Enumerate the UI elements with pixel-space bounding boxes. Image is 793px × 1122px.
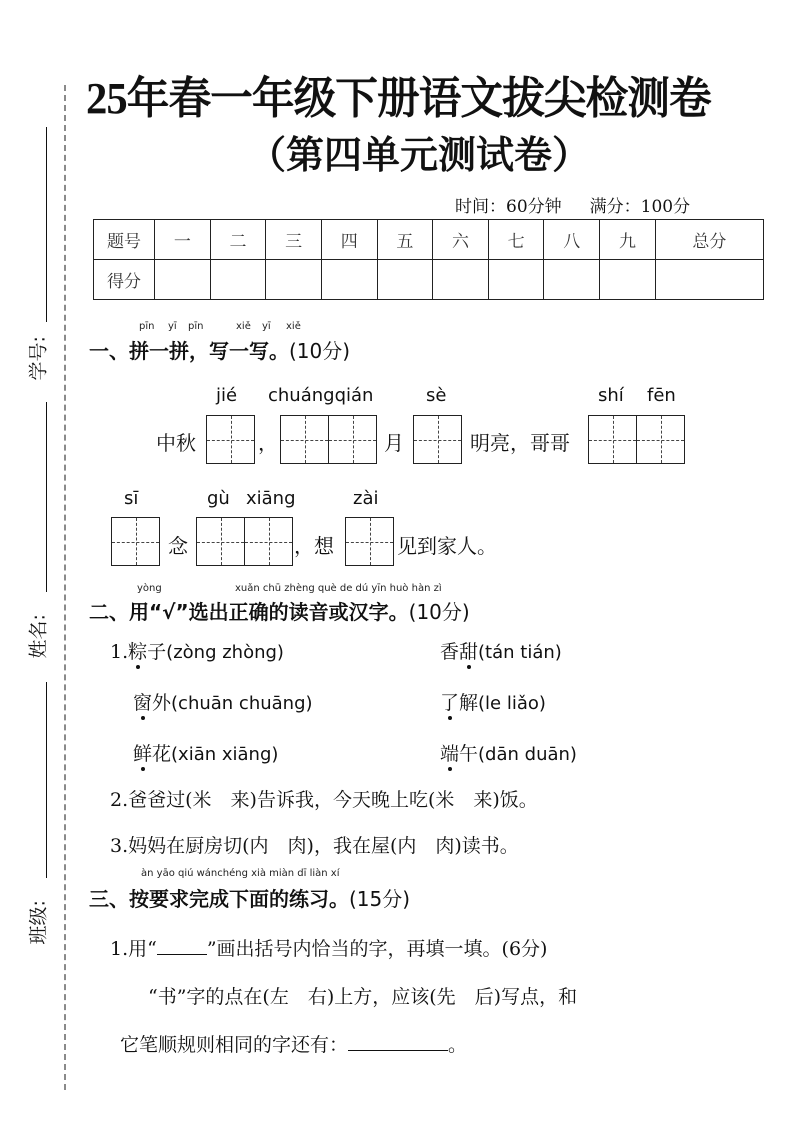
choice-item[interactable]: 香甜(tán tián) [440,637,562,664]
section3-line-2: 它笔顺规则相同的字还有：。 [120,1030,467,1057]
score-cell[interactable] [433,260,489,300]
student-id-label: 学号: [24,351,51,381]
table-cell: 七 [488,220,544,260]
name-line[interactable] [46,682,47,878]
sentence-text: 明亮，哥哥 [470,427,570,456]
table-cell: 五 [377,220,433,260]
question-3[interactable]: 3.妈妈在厨房切(内 肉)，我在屋(内 肉)读书。 [110,831,519,858]
writing-grid-shifen[interactable] [588,415,685,464]
choice-item[interactable]: 窗外(chuān chuāng) [133,688,313,715]
score-cell[interactable] [488,260,544,300]
sentence-text: 见到家人。 [397,530,497,559]
pinyin-label: gù [207,488,230,509]
section1-pinyin: xiě [286,321,301,332]
binding-dashed-line [64,85,66,1090]
time-limit: 时间：60分钟 [455,197,562,217]
score-table-score-row: 得分 [94,260,764,300]
choice-item[interactable]: 鲜花(xiān xiāng) [133,739,278,766]
page-subtitle: （第四单元测试卷） [248,124,590,179]
student-id-line[interactable] [46,127,47,322]
pinyin-label: shí [598,385,624,406]
section3-pinyin: àn yāo qiú wánchéng xià miàn dī liàn xí [141,868,340,879]
section1-pinyin: pīn [188,321,203,332]
full-score: 满分：100分 [590,197,690,217]
choice-item[interactable]: 端午(dān duān) [440,739,577,766]
table-cell: 二 [210,220,266,260]
section2-pinyin: yòng [137,583,162,594]
sentence-text: 念 [168,530,188,559]
table-cell: 一 [155,220,211,260]
exam-meta: 时间：60分钟满分：100分 [455,192,690,217]
table-cell: 六 [433,220,489,260]
sentence-text: 月 [384,427,404,456]
pinyin-label: sī [124,488,138,509]
pinyin-label: chuángqián [268,385,373,406]
pinyin-label: xiāng [246,488,296,509]
table-cell: 九 [600,220,656,260]
writing-grid-jie[interactable] [206,415,255,464]
pinyin-label: sè [426,385,446,406]
writing-grid-zai[interactable] [345,517,394,566]
section3-question-1: 1.用“”画出括号内恰当的字，再填一填。(6分) [110,934,547,961]
page-title: 25年春一年级下册语文拔尖检测卷 [86,62,707,126]
underline-sample [157,954,207,955]
pinyin-label: fēn [647,385,676,406]
score-cell[interactable] [266,260,322,300]
section1-heading: 一、拼一拼，写一写。(10分) [89,335,350,364]
section1-pinyin: yī [168,321,177,332]
question-2[interactable]: 2.爸爸过(米 来)告诉我，今天晚上吃(米 来)饭。 [110,785,538,812]
class-label: 班级: [24,915,51,945]
sentence-text: ，想 [294,530,334,559]
table-cell: 八 [544,220,600,260]
name-line-top [46,402,47,592]
pinyin-label: jié [216,385,237,406]
answer-blank[interactable] [348,1050,448,1051]
section1-pinyin: xiě [236,321,251,332]
section2-pinyin: xuǎn chū zhèng què de dú yīn huò hàn zì [235,583,442,594]
table-cell: 三 [266,220,322,260]
score-cell[interactable] [377,260,433,300]
score-cell[interactable] [210,260,266,300]
section3-heading: 三、按要求完成下面的练习。(15分) [89,883,410,912]
sentence-text: ， [258,427,278,456]
writing-grid-guxiang[interactable] [196,517,293,566]
table-cell: 得分 [94,260,155,300]
choice-item[interactable]: 1.粽子(zòng zhòng) [110,637,284,664]
name-label: 姓名: [24,629,51,659]
table-cell: 题号 [94,220,155,260]
writing-grid-si[interactable] [111,517,160,566]
score-cell[interactable] [321,260,377,300]
score-table: 题号 一 二 三 四 五 六 七 八 九 总分 得分 [93,219,764,300]
pinyin-label: zài [353,488,378,509]
score-cell[interactable] [600,260,656,300]
table-cell: 总分 [655,220,763,260]
choice-item[interactable]: 了解(le liǎo) [440,688,546,715]
section3-line-1[interactable]: “书”字的点在(左 右)上方，应该(先 后)写点，和 [148,982,577,1009]
section2-heading: 二、用“√”选出正确的读音或汉字。(10分) [89,596,470,625]
score-cell[interactable] [544,260,600,300]
score-cell[interactable] [155,260,211,300]
sentence-text: 中秋 [156,427,196,456]
writing-grid-se[interactable] [413,415,462,464]
writing-grid-chuangqian[interactable] [280,415,377,464]
score-cell[interactable] [655,260,763,300]
table-cell: 四 [321,220,377,260]
section1-pinyin: pīn [139,321,154,332]
score-table-header-row: 题号 一 二 三 四 五 六 七 八 九 总分 [94,220,764,260]
section1-pinyin: yī [262,321,271,332]
